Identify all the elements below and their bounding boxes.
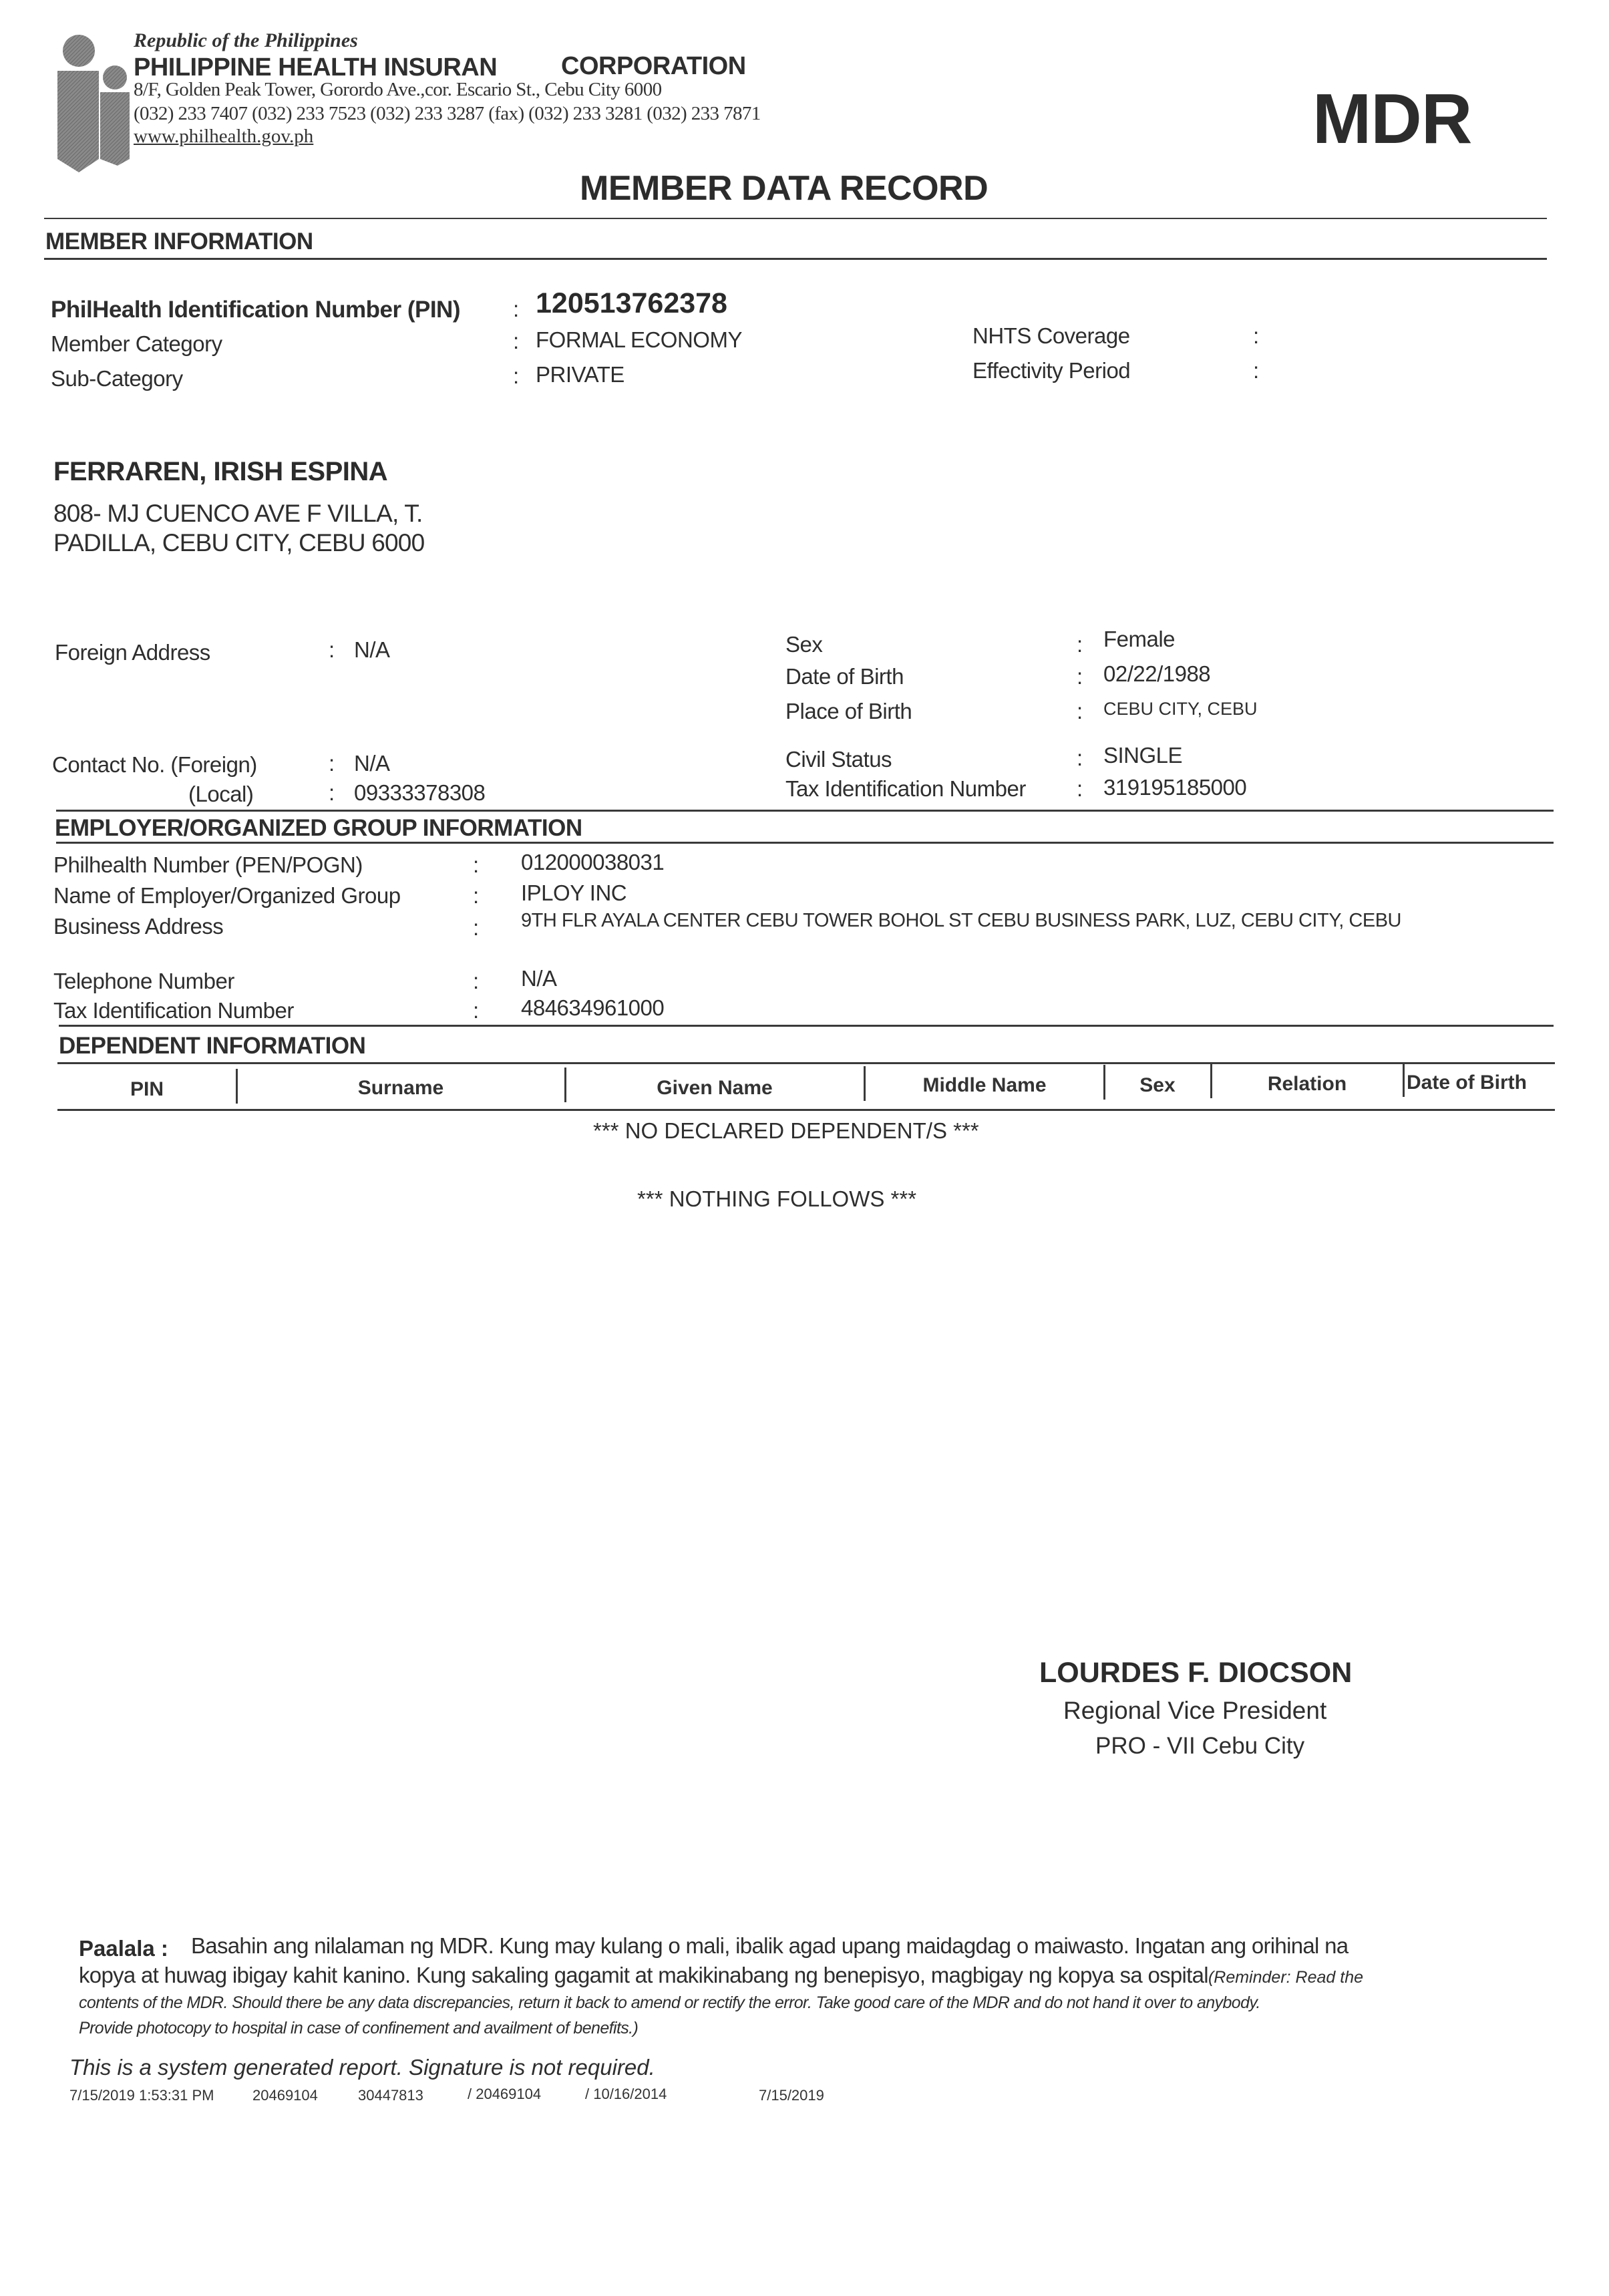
pob-label: Place of Birth: [785, 699, 912, 724]
nhts-coverage-label: NHTS Coverage: [972, 323, 1130, 349]
col-pin: PIN: [57, 1078, 236, 1101]
page-title: MEMBER DATA RECORD: [580, 168, 988, 208]
reminder-start: (Reminder: Read the: [1208, 1968, 1363, 1987]
dependent-table-top-rule: [57, 1062, 1555, 1064]
philhealth-family-logo-icon: [52, 32, 132, 172]
tin-label: Tax Identification Number: [785, 776, 1026, 802]
sub-category-value: PRIVATE: [536, 362, 624, 387]
paalala-line1: Basahin ang nilalaman ng MDR. Kung may k…: [191, 1933, 1348, 1959]
employer-tin-value: 484634961000: [521, 995, 664, 1021]
paalala-line2: kopya at huwag ibigay kahit kanino. Kung…: [79, 1963, 1363, 1988]
foreign-address-value: N/A: [354, 637, 390, 663]
employer-name-colon: :: [473, 883, 479, 909]
print-id-3: / 20469104: [468, 2086, 541, 2103]
org-phones: (032) 233 7407 (032) 233 7523 (032) 233 …: [134, 103, 761, 125]
no-dependents-message: *** NO DECLARED DEPENDENT/S ***: [593, 1118, 979, 1144]
contact-foreign-value: N/A: [354, 751, 390, 776]
print-datetime: 7/15/2019 1:53:31 PM: [69, 2087, 214, 2104]
print-id-2: 30447813: [358, 2087, 423, 2104]
pob-value: CEBU CITY, CEBU: [1103, 699, 1258, 719]
sub-category-label: Sub-Category: [51, 366, 183, 391]
tin-colon: :: [1077, 776, 1083, 802]
employer-info-bottom-divider: [59, 1025, 1554, 1027]
pin-label: PhilHealth Identification Number (PIN): [51, 297, 460, 323]
civil-status-colon: :: [1077, 746, 1083, 771]
sex-label: Sex: [785, 632, 822, 657]
effectivity-period-colon: :: [1253, 358, 1259, 383]
republic-text: Republic of the Philippines: [134, 29, 358, 52]
business-address-colon: :: [473, 915, 479, 941]
signatory-position: Regional Vice President: [1063, 1697, 1326, 1725]
employer-pen-value: 012000038031: [521, 850, 664, 875]
contact-local-label: (Local): [188, 782, 253, 807]
pob-colon: :: [1077, 699, 1083, 724]
system-generated-note: This is a system generated report. Signa…: [69, 2055, 655, 2080]
org-name-left: PHILIPPINE HEALTH INSURAN: [134, 53, 497, 82]
member-info-divider: [44, 258, 1547, 260]
paalala-line2-text: kopya at huwag ibigay kahit kanino. Kung…: [79, 1963, 1208, 1987]
business-address-value: 9TH FLR AYALA CENTER CEBU TOWER BOHOL ST…: [521, 910, 1401, 932]
col-divider: [1403, 1062, 1405, 1097]
effectivity-period-label: Effectivity Period: [972, 358, 1130, 383]
form-code: MDR: [1312, 79, 1471, 160]
signatory-office: PRO - VII Cebu City: [1095, 1733, 1304, 1760]
member-name: FERRAREN, IRISH ESPINA: [53, 457, 387, 487]
business-address-label: Business Address: [53, 914, 223, 939]
employer-tin-label: Tax Identification Number: [53, 998, 294, 1023]
dob-label: Date of Birth: [785, 664, 904, 689]
pin-value: 120513762378: [536, 287, 727, 320]
member-info-heading: MEMBER INFORMATION: [45, 228, 313, 255]
nhts-coverage-colon: :: [1253, 323, 1259, 349]
civil-status-label: Civil Status: [785, 747, 892, 772]
member-address-line2: PADILLA, CEBU CITY, CEBU 6000: [53, 529, 424, 557]
dob-value: 02/22/1988: [1103, 661, 1210, 687]
org-address: 8/F, Golden Peak Tower, Gorordo Ave.,cor…: [134, 79, 662, 101]
dob-colon: :: [1077, 664, 1083, 689]
civil-status-value: SINGLE: [1103, 743, 1182, 768]
member-category-label: Member Category: [51, 331, 222, 357]
col-surname: Surname: [238, 1077, 564, 1100]
print-id-1: 20469104: [252, 2087, 318, 2104]
nothing-follows-message: *** NOTHING FOLLOWS ***: [637, 1186, 916, 1212]
employer-info-divider: [56, 842, 1554, 844]
sub-category-colon: :: [513, 363, 519, 389]
signatory-name: LOURDES F. DIOCSON: [1039, 1657, 1352, 1689]
col-relation: Relation: [1212, 1073, 1402, 1096]
col-date-of-birth: Date of Birth: [1407, 1072, 1552, 1094]
member-address-line1: 808- MJ CUENCO AVE F VILLA, T.: [53, 500, 422, 528]
contact-foreign-colon: :: [329, 751, 335, 776]
col-sex: Sex: [1105, 1074, 1210, 1097]
print-date: 7/15/2019: [759, 2087, 824, 2104]
foreign-address-colon: :: [329, 637, 335, 663]
org-name-right: CORPORATION: [561, 52, 746, 81]
employer-info-heading: EMPLOYER/ORGANIZED GROUP INFORMATION: [55, 815, 582, 842]
member-category-value: FORMAL ECONOMY: [536, 327, 742, 353]
employer-name-label: Name of Employer/Organized Group: [53, 883, 401, 909]
employer-phone-value: N/A: [521, 966, 557, 991]
sex-value: Female: [1103, 627, 1175, 652]
employer-name-value: IPLOY INC: [521, 880, 627, 906]
employer-pen-label: Philhealth Number (PEN/POGN): [53, 852, 363, 878]
sex-colon: :: [1077, 632, 1083, 657]
dependent-info-heading: DEPENDENT INFORMATION: [59, 1033, 365, 1059]
print-date-registered: / 10/16/2014: [585, 2086, 667, 2103]
employer-tin-colon: :: [473, 998, 479, 1023]
employer-phone-label: Telephone Number: [53, 969, 234, 994]
member-info-bottom-divider: [56, 810, 1554, 812]
reminder-line2: contents of the MDR. Should there be any…: [79, 1993, 1260, 2013]
contact-foreign-label: Contact No. (Foreign): [52, 752, 257, 778]
title-divider: [44, 218, 1547, 219]
col-middle-name: Middle Name: [866, 1074, 1103, 1097]
member-category-colon: :: [513, 329, 519, 354]
paalala-label: Paalala :: [79, 1936, 168, 1961]
org-website-link[interactable]: www.philhealth.gov.ph: [134, 126, 313, 148]
foreign-address-label: Foreign Address: [55, 640, 210, 665]
employer-pen-colon: :: [473, 852, 479, 878]
contact-local-colon: :: [329, 780, 335, 806]
col-given-name: Given Name: [566, 1077, 863, 1100]
reminder-line3: Provide photocopy to hospital in case of…: [79, 2019, 638, 2038]
contact-local-value: 09333378308: [354, 780, 485, 806]
pin-colon: :: [513, 297, 519, 322]
employer-phone-colon: :: [473, 969, 479, 994]
dependent-table-header-rule: [57, 1109, 1555, 1111]
tin-value: 319195185000: [1103, 775, 1246, 800]
